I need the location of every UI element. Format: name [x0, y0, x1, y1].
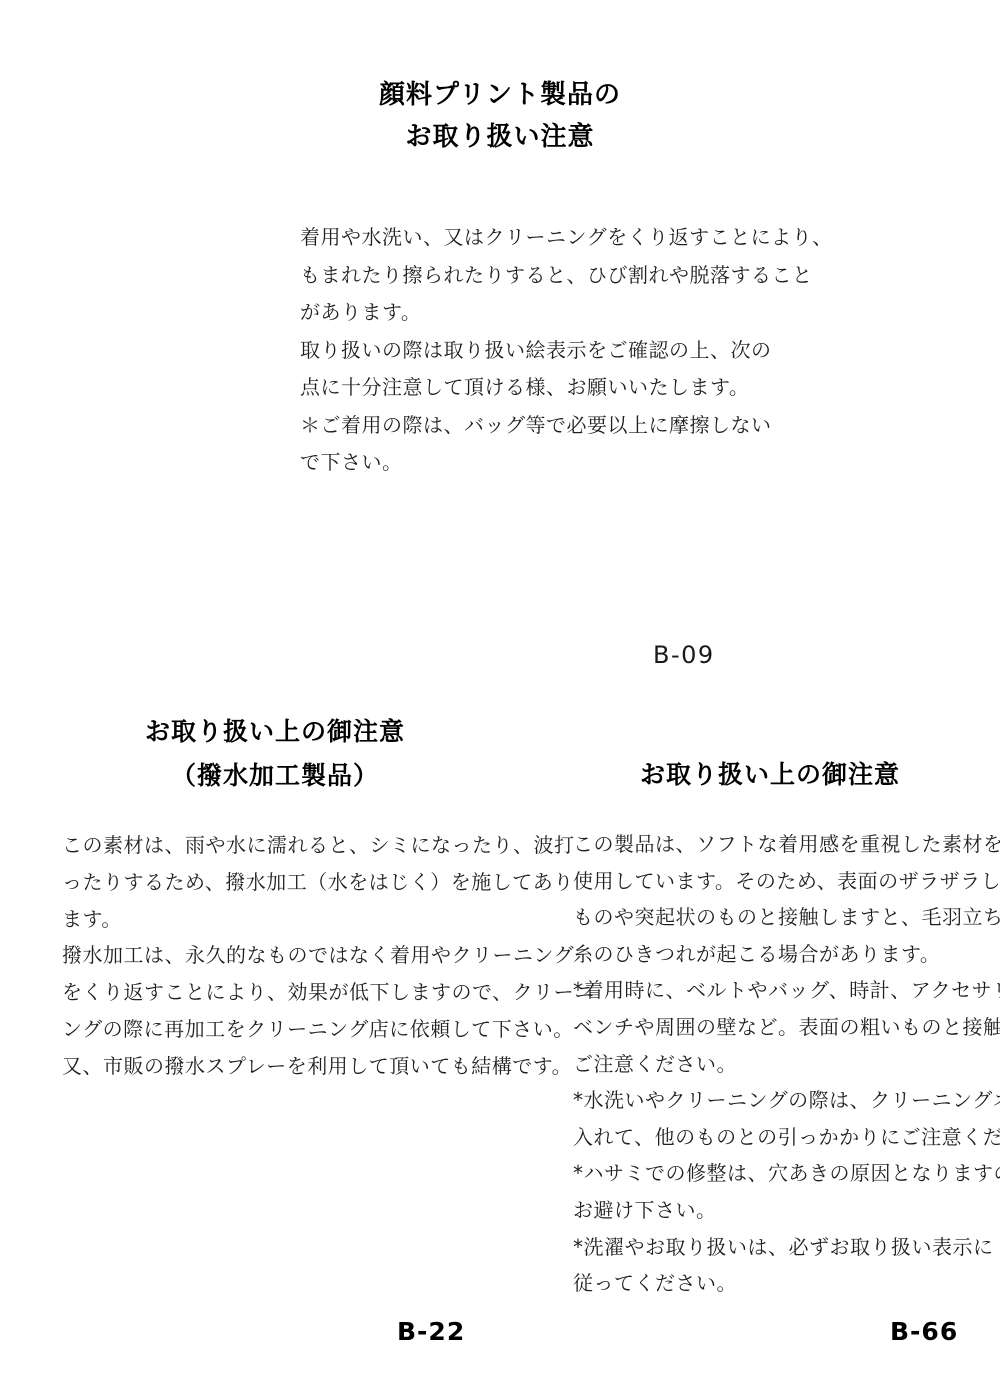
page-label-b22: B-22 [397, 1317, 465, 1346]
pigment-print-title: 顔料プリント製品の お取り扱い注意 [0, 74, 1000, 158]
water-repellent-body: この素材は、雨や水に濡れると、シミになったり、波打 ったりするため、撥水加工（水… [62, 827, 595, 1085]
soft-material-title: お取り扱い上の御注意 [570, 753, 970, 797]
water-repellent-title: お取り扱い上の御注意 （撥水加工製品） [50, 710, 500, 798]
page-label-b09: B-09 [653, 641, 715, 669]
pigment-print-body: 着用や水洗い、又はクリーニングをくり返すことにより、 もまれたり擦られたりすると… [300, 219, 833, 482]
page-label-b66: B-66 [890, 1317, 958, 1346]
document-page: 顔料プリント製品の お取り扱い注意 着用や水洗い、又はクリーニングをくり返すこと… [0, 0, 1000, 1400]
soft-material-body: この製品は、ソフトな着用感を重視した素材を 使用しています。そのため、表面のザラ… [573, 826, 1000, 1302]
